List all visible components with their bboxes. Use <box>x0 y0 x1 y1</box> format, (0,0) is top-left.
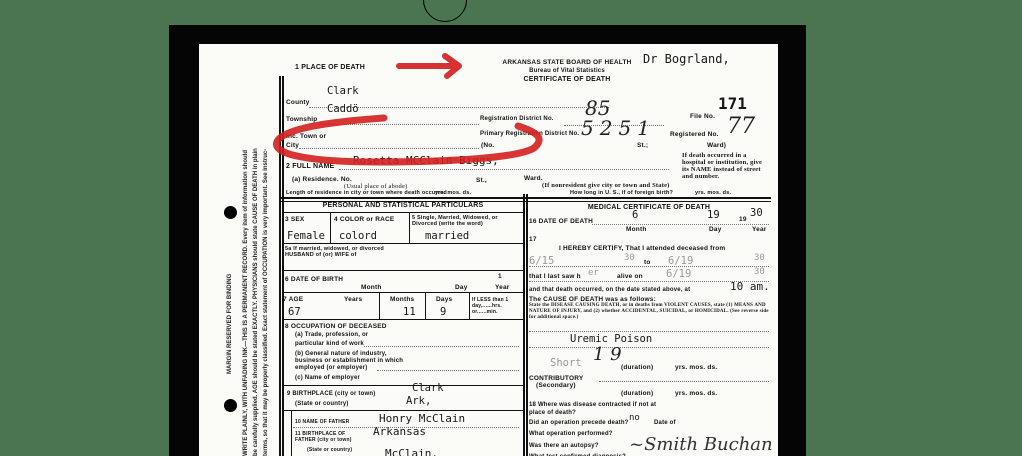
date-of-death-day: 19 <box>707 209 720 221</box>
age-months-caption: Months <box>390 296 414 303</box>
spouse-label: 5a If married, widowed, or divorced HUSB… <box>285 246 395 258</box>
certify-number: 17 <box>529 236 537 243</box>
dob-year-caption: Year <box>495 284 510 291</box>
hospital-note: If death occurred in a hospital or insti… <box>682 152 767 180</box>
rule <box>599 381 769 382</box>
binding-hole-icon <box>224 206 237 219</box>
death-certificate: MARGIN RESERVED FOR BINDING WRITE PLAINL… <box>199 44 778 456</box>
nonresident-note: (If nonresident give city or town and St… <box>542 182 670 189</box>
date-of-death-label: 16 DATE OF DEATH <box>529 218 593 225</box>
birthplace-state-value: Ark, <box>406 395 431 407</box>
county-label: County <box>286 99 310 106</box>
rule <box>283 212 523 213</box>
duration-value: Short <box>550 357 582 369</box>
rule <box>529 266 769 267</box>
contributory-sublabel: (Secondary) <box>536 382 576 389</box>
red-circle-annotation <box>268 110 548 172</box>
operation-value: no <box>629 413 640 423</box>
medical-section-title: MEDICAL CERTIFICATE OF DEATH <box>529 204 769 211</box>
duration-units: yrs. mos. ds. <box>675 364 717 371</box>
attended-to-year: 30 <box>754 253 765 263</box>
sex-label: 3 SEX <box>285 216 304 223</box>
rule <box>529 347 769 348</box>
residence-label: (a) Residence. No. <box>292 176 352 183</box>
father-birthplace-value: Arkansas <box>373 425 426 438</box>
race-label: 4 COLOR or RACE <box>334 216 394 223</box>
margin-instructions-3: terms, so that it may be properly classi… <box>263 149 269 456</box>
divider <box>330 213 331 243</box>
red-arrow-annotation <box>395 52 475 82</box>
section-rule <box>279 197 771 199</box>
autopsy-label: Was there an autopsy? <box>529 443 599 449</box>
last-saw-suffix: er <box>588 268 599 278</box>
file-no-value: 171 <box>718 94 747 113</box>
place-of-death-label: 1 PLACE OF DEATH <box>295 64 365 71</box>
divider <box>469 293 470 319</box>
certificate-title: CERTIFICATE OF DEATH <box>477 76 657 83</box>
registered-no-label: Registered No. <box>670 131 719 138</box>
time-of-death: 10 am. <box>730 280 770 293</box>
to-label: to <box>644 259 651 266</box>
occupation-b-label: (b) General nature of industry, business… <box>295 351 410 372</box>
personal-section-title: PERSONAL AND STATISTICAL PARTICULARS <box>283 202 523 209</box>
certify-text: I HEREBY CERTIFY, That I attended deceas… <box>559 245 725 252</box>
year-prefix: 19 <box>739 216 747 223</box>
attended-from-year: 30 <box>624 253 635 263</box>
county-value: Clark <box>327 85 359 97</box>
alive-on-year: 30 <box>754 267 765 277</box>
residence-length-units: yrs. mos. ds. <box>435 190 471 196</box>
age-days-value: 9 <box>440 306 446 318</box>
marital-label: 5 Single, Married, Widowed, or Divorced … <box>412 215 520 227</box>
divider <box>425 293 426 319</box>
divider <box>379 293 380 319</box>
doctor-annotation: Dr Bogrland, <box>643 52 730 66</box>
duration-units-2: yrs. mos. ds. <box>675 390 717 397</box>
form-center-divider <box>523 194 525 456</box>
operation-performed-label: What operation performed? <box>529 431 613 437</box>
alive-on-label: alive on <box>617 273 643 280</box>
us-residence-label: How long in U. S., if of foreign birth? <box>570 190 673 196</box>
rule <box>529 331 769 332</box>
binding-hole-icon <box>224 399 237 412</box>
rule <box>283 410 523 411</box>
birthplace-label: 9 BIRTHPLACE (city or town) <box>287 391 375 397</box>
age-years-value: 67 <box>288 306 301 318</box>
dob-label: 6 DATE OF BIRTH <box>285 276 343 283</box>
occupation-label: 8 OCCUPATION OF DECEASED <box>285 323 387 330</box>
ward-label: Ward) <box>707 142 726 149</box>
age-months-value: 11 <box>403 306 416 318</box>
board-title: ARKANSAS STATE BOARD OF HEALTH <box>477 59 657 66</box>
date-of-death-year: 30 <box>750 207 763 219</box>
mother-name-value: McClain, <box>385 447 438 456</box>
dob-month-caption: Month <box>361 284 382 291</box>
last-saw-label: that I last saw h <box>529 273 581 280</box>
alive-on-value: 6/19 <box>666 268 691 280</box>
rule <box>283 385 523 386</box>
month-caption: Month <box>626 226 647 233</box>
rule <box>592 224 769 225</box>
cause-label: The CAUSE OF DEATH was as follows: <box>529 296 656 303</box>
registered-no-value: 77 <box>727 114 755 139</box>
duration-handwritten: 1 9 <box>593 344 622 365</box>
margin-binding-note: MARGIN RESERVED FOR BINDING <box>227 274 233 374</box>
age-years-caption: Years <box>344 296 362 303</box>
race-value: colord <box>339 230 377 242</box>
year-caption: Year <box>752 226 767 233</box>
dob-day-caption: Day <box>455 284 468 291</box>
date-of-label: Date of <box>654 420 676 426</box>
birthplace-state-label: (State or country) <box>295 401 349 407</box>
residence-length-label: Length of residence in city or town wher… <box>286 190 447 196</box>
margin-instructions-1: WRITE PLAINLY, WITH UNFADING INK—THIS IS… <box>243 150 249 456</box>
father-state-label: (State or country) <box>307 447 352 453</box>
residence-street-label: St., <box>476 177 487 184</box>
father-name-value: Honry McClain <box>379 412 465 425</box>
less-than-day-label: If LESS than 1 day,......hrs. or......mi… <box>472 297 522 315</box>
divider <box>409 213 410 243</box>
marital-value: married <box>425 230 469 242</box>
residence-sublabel: (Usual place of abode) <box>344 183 407 190</box>
us-residence-units: yrs. mos. ds. <box>695 190 731 196</box>
street-label: St.; <box>637 142 648 149</box>
occurred-text: and that death occurred, on the date sta… <box>529 287 690 293</box>
operation-label: Did an operation precede death? <box>529 420 629 426</box>
dob-year-mark: 1 <box>498 273 502 280</box>
occupation-c-label: (c) Name of employer <box>295 375 360 381</box>
birthplace-city-value: Clark <box>412 382 444 394</box>
rule <box>364 346 519 347</box>
form-center-divider <box>526 194 528 456</box>
rule <box>283 292 523 293</box>
bureau-title: Bureau of Vital Statistics <box>477 68 657 74</box>
rule <box>283 319 523 320</box>
age-label: 7 AGE <box>283 296 303 303</box>
physician-signature: ~Smith Buchan <box>629 434 773 455</box>
rule <box>283 243 523 244</box>
rule <box>377 370 519 371</box>
age-days-caption: Days <box>436 296 452 303</box>
primary-reg-value: 5251 <box>581 116 656 140</box>
file-no-label: File No. <box>690 113 715 120</box>
date-of-death-month: 6 <box>632 209 638 221</box>
residence-ward-label: Ward. <box>524 175 543 182</box>
sex-value: Female <box>287 230 325 242</box>
contributory-label: CONTRIBUTORY <box>529 375 583 382</box>
duration-label: (duration) <box>621 364 653 371</box>
parents-divider <box>291 411 292 456</box>
father-name-label: 10 NAME OF FATHER <box>295 419 349 425</box>
rule <box>283 270 523 271</box>
duration-label-2: (duration) <box>621 390 653 397</box>
day-caption: Day <box>709 226 722 233</box>
cause-instructions: State the DISEASE CAUSING DEATH, or in d… <box>529 303 771 321</box>
margin-instructions-2: be carefully supplied. AGE should be sta… <box>253 148 259 456</box>
father-birthplace-label: 11 BIRTHPLACE OF FATHER (city or town) <box>295 431 360 443</box>
